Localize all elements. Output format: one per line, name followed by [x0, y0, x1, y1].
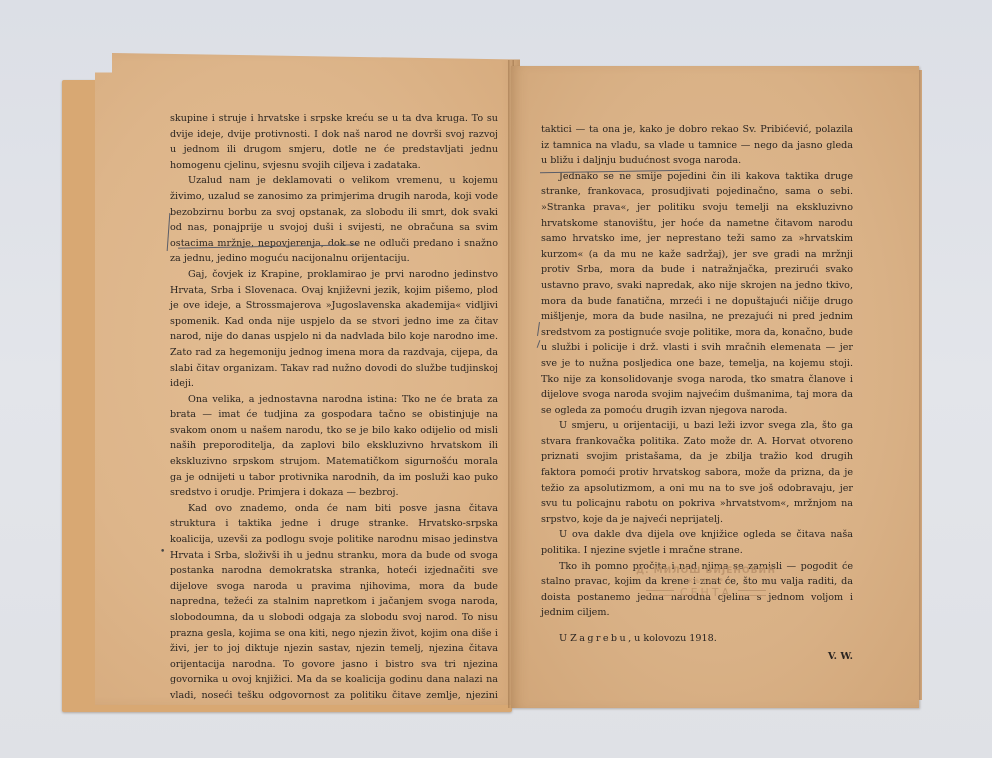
place-prefix: U	[559, 633, 570, 644]
left-paragraph-2: Uzalud nam je deklamovati o velikom vrem…	[170, 173, 498, 267]
left-paragraph-3: Gaj, čovjek iz Krapine, proklamirao je p…	[170, 267, 498, 392]
paragraph-text: U ova dakle dva dijela ove knjižice ogle…	[541, 529, 853, 556]
margin-asterisk-mark: •	[160, 547, 165, 557]
place-city: Zagrebu	[570, 633, 628, 644]
stamp-line-2: КЊИЖАР	[606, 578, 806, 585]
bookseller-stamp: Д. МИЛОШ ВИЈЕНОВИЋ КЊИЖАР СЕНТА	[606, 566, 806, 599]
stamp-line-1: Д. МИЛОШ ВИЈЕНОВИЋ	[606, 566, 806, 576]
paragraph-text: Uzalud nam je deklamovati o velikom vrem…	[170, 175, 498, 264]
paragraph-text: skupine i struje i hrvatske i srpske kre…	[170, 113, 498, 171]
paragraph-text: Gaj, čovjek iz Krapine, proklamirao je p…	[170, 269, 498, 389]
paragraph-text: U smjeru, u orijentaciji, u bazi leži iz…	[541, 420, 853, 525]
paragraph-text: Jednako se ne smije pojedini čin ili kak…	[541, 171, 853, 416]
place-date-line: U Zagrebu, u kolovozu 1918.	[541, 631, 853, 647]
paragraph-text: taktici — ta ona je, kako je dobro rekao…	[541, 124, 853, 166]
left-paragraph-5: Kad ovo znademo, onda će nam biti posve …	[170, 501, 498, 758]
left-paragraph-1: skupine i struje i hrvatske i srpske kre…	[170, 111, 498, 173]
paragraph-text: Kad ovo znademo, onda će nam biti posve …	[170, 503, 498, 758]
place-date: , u kolovozu 1918.	[628, 633, 717, 644]
stamp-line-3: СЕНТА	[606, 586, 806, 599]
paragraph-text: Ona velika, a jednostavna narodna istina…	[170, 394, 498, 499]
right-paragraph-1: taktici — ta ona je, kako je dobro rekao…	[541, 122, 853, 169]
left-paragraph-4: Ona velika, a jednostavna narodna istina…	[170, 392, 498, 501]
author-signature: V. W.	[541, 649, 853, 665]
right-paragraph-2: Jednako se ne smije pojedini čin ili kak…	[541, 169, 853, 419]
right-paragraph-3: U smjeru, u orijentaciji, u bazi leži iz…	[541, 418, 853, 527]
left-page: skupine i struje i hrvatske i srpske kre…	[95, 53, 520, 705]
right-paragraph-4: U ova dakle dva dijela ove knjižice ogle…	[541, 527, 853, 558]
right-page: taktici — ta ona je, kako je dobro rekao…	[511, 66, 919, 708]
